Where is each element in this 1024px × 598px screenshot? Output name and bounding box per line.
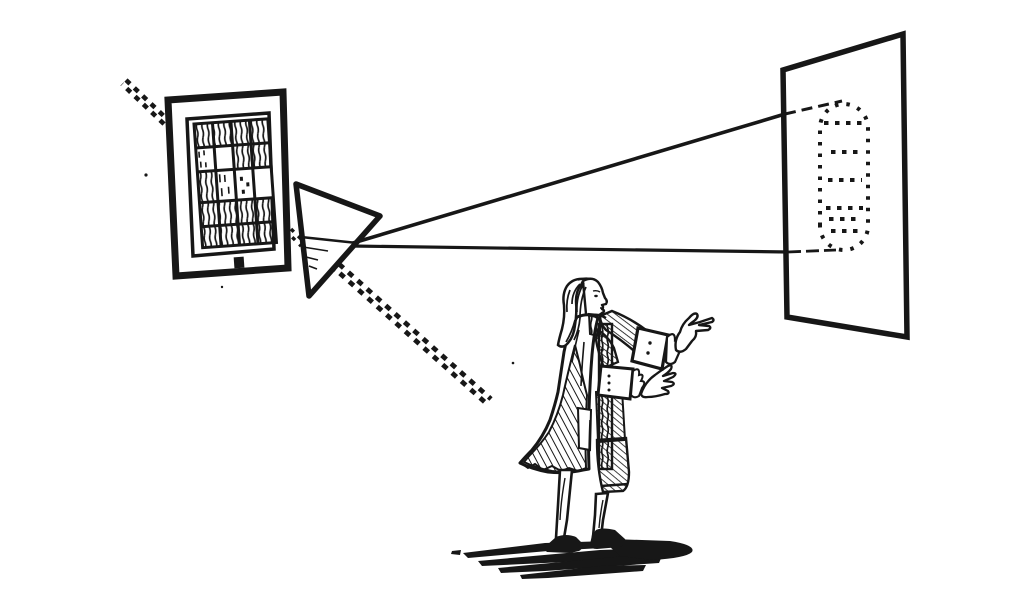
- extended-arm-cuff: [632, 328, 668, 369]
- ray-lower: [351, 246, 836, 252]
- face: [583, 279, 607, 316]
- window-lattice: [194, 119, 276, 248]
- sunbeam-undeviated: [335, 264, 491, 404]
- bent-arm-cuff: [598, 366, 633, 399]
- ray-upper: [353, 101, 842, 243]
- pane: [238, 223, 258, 245]
- pane: [249, 119, 269, 144]
- eye: [594, 295, 598, 297]
- shadow-stroke: [451, 550, 461, 555]
- pane: [231, 120, 251, 145]
- cravat: [589, 314, 600, 335]
- pane: [194, 123, 214, 148]
- screen-board: [783, 34, 907, 337]
- pointing-hand: [676, 314, 714, 352]
- newton-prism-scene: [0, 0, 1024, 598]
- pane: [236, 199, 256, 224]
- pane: [257, 222, 277, 244]
- pane: [220, 224, 240, 246]
- pane: [251, 143, 271, 168]
- pane: [201, 225, 221, 247]
- pane: [200, 202, 220, 227]
- back-shoe: [545, 535, 583, 553]
- screen-surface: [783, 34, 907, 337]
- front-shoe: [590, 529, 626, 550]
- pane: [212, 121, 232, 146]
- woodcut-illustration: [0, 0, 1024, 598]
- sunbeam-incoming: [122, 80, 168, 124]
- pane-sparse: [196, 147, 216, 172]
- window: [168, 92, 288, 276]
- pane: [218, 200, 238, 225]
- pane: [255, 198, 275, 223]
- pane-bright: [214, 145, 234, 170]
- bent-cuff-buttons: [608, 375, 611, 392]
- open-hand: [641, 365, 676, 397]
- window-sill-tab: [234, 257, 245, 269]
- figure: [520, 278, 714, 553]
- refracted-rays: [351, 101, 842, 252]
- pane: [233, 144, 253, 169]
